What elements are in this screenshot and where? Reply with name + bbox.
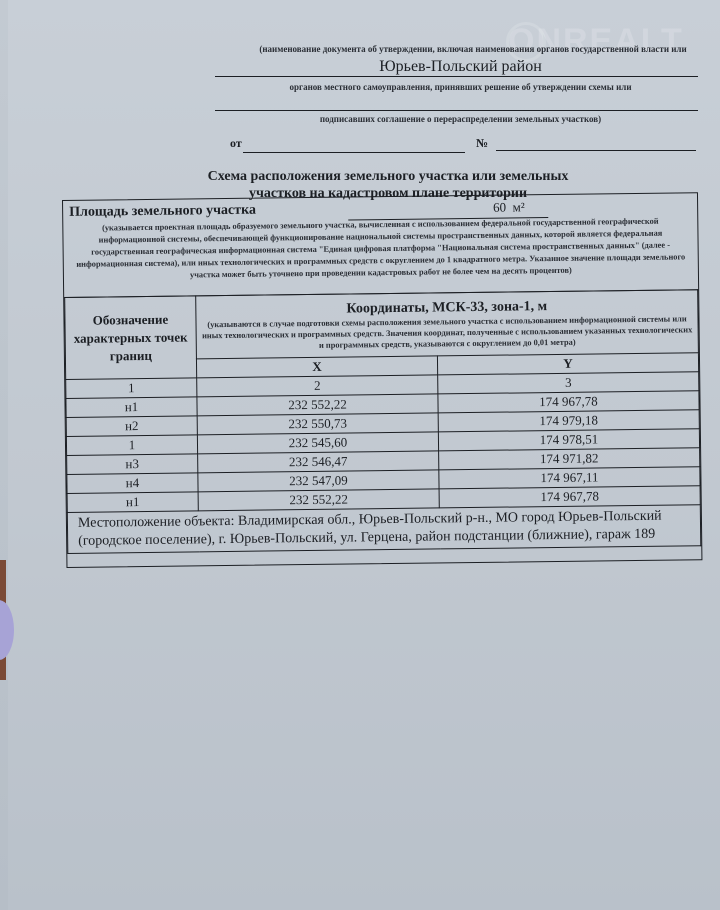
district-name: Юрьев-Польский район xyxy=(223,58,698,76)
area-section: Площадь земельного участка 60 м² (указыв… xyxy=(63,193,698,298)
area-number: 60 xyxy=(493,200,506,215)
scheme-table: Площадь земельного участка 60 м² (указыв… xyxy=(62,192,702,568)
number-label: № xyxy=(476,136,488,151)
cell-point: 1 xyxy=(66,435,197,456)
cell-point: н4 xyxy=(67,473,198,494)
header-caption-2: органов местного самоуправления, принявш… xyxy=(223,82,698,92)
area-value: 60 м² xyxy=(493,199,525,215)
point-header: Обозначение характерных точек границ xyxy=(65,296,197,380)
header-caption-3: подписавших соглашение о перераспределен… xyxy=(223,114,698,124)
date-field xyxy=(243,152,465,153)
underline xyxy=(215,76,698,77)
watermark: ONREALT xyxy=(508,22,684,61)
area-label: Площадь земельного участка xyxy=(69,203,256,221)
cell-point: н1 xyxy=(67,492,198,513)
area-unit: м² xyxy=(513,199,525,214)
header-caption-1: (наименование документа об утверждении, … xyxy=(238,44,708,54)
date-label: от xyxy=(230,136,242,151)
number-field xyxy=(496,150,696,151)
area-note: (указывается проектная площадь образуемо… xyxy=(71,215,690,283)
cell-point: н1 xyxy=(66,397,197,418)
cell-point: н3 xyxy=(67,454,198,475)
cell-point: н2 xyxy=(66,416,197,437)
coordinates-header: Координаты, МСК-33, зона-1, м (указывают… xyxy=(196,290,699,359)
col-number: 1 xyxy=(66,378,197,399)
underline xyxy=(215,110,698,111)
coordinates-table: Обозначение характерных точек границ Коо… xyxy=(64,289,701,554)
location-text: Местоположение объекта: Владимирская обл… xyxy=(67,505,700,554)
title-line-1: Схема расположения земельного участка ил… xyxy=(138,168,638,185)
coordinates-note: (указываются в случае подготовки схемы р… xyxy=(196,313,697,352)
